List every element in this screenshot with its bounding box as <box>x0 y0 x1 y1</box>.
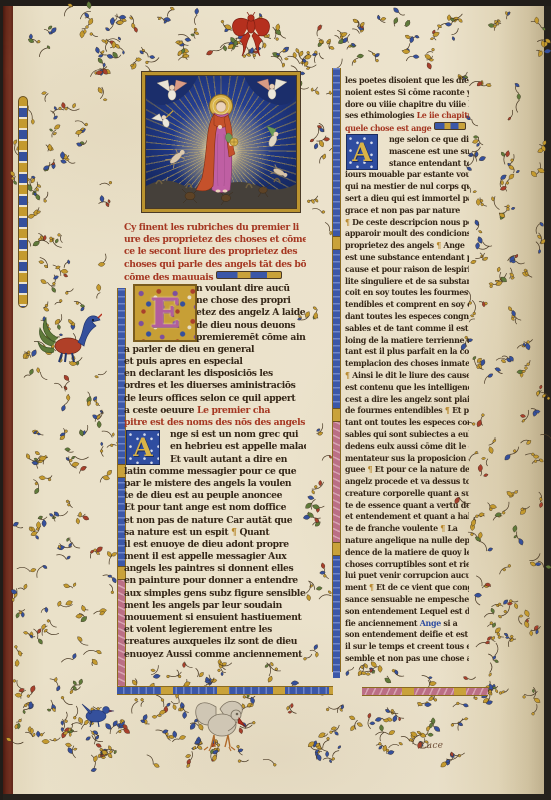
text-line: les poetes disoient que les dieux a <box>345 75 469 87</box>
text-line: ses ethimologies Le iie chapitre par <box>345 110 469 122</box>
text-line: Et pour tant ange est nom doffice <box>124 502 306 514</box>
text-line: te de dieu est au peuple anoncee <box>124 490 306 502</box>
line-filler <box>216 271 282 279</box>
text-line: sance sensuable ne empesche point <box>345 594 469 606</box>
text-line: est contenu que les intelligences <box>345 382 469 394</box>
text-line: tendibles et comprent en soy entē <box>345 299 469 311</box>
text-line: ure des proprietez des choses et cōmen <box>124 234 306 246</box>
central-figure <box>196 95 238 193</box>
text-line: mentateur sus la proposicion alle <box>345 453 469 465</box>
text-line: cause et pour raison de lespiritua <box>345 264 469 276</box>
text-line: dence de la matiere de quoy les <box>345 547 469 559</box>
illuminated-initial-E: E <box>133 284 197 342</box>
text-line: et puis apres en especial <box>124 356 306 368</box>
text-line: il sur le temps et creent tous en <box>345 641 469 653</box>
bar-border-bottom-left <box>117 686 333 695</box>
text-line: en declarant les disposiciōs les <box>124 368 306 380</box>
text-line: ordres et les diuerses aministraciōs <box>124 380 306 392</box>
red-bat-dragon-icon <box>226 12 276 58</box>
illuminated-initial-A-right: A <box>346 134 378 170</box>
text-line: cest a dire les angelz sont plains <box>345 394 469 406</box>
text-line: guee ¶ Et pour ce la nature des <box>345 464 469 476</box>
initial-letter: A <box>352 138 371 167</box>
miniature-fall-of-rebel-angels <box>142 72 300 212</box>
text-line: en painture pour donner a entendre <box>124 575 306 587</box>
text-line: et non pas de nature Car autāt que <box>124 515 306 527</box>
text-line: iours mouable par estante voulente <box>345 169 469 181</box>
text-line: te de essence quant a vertu de vie <box>345 500 469 512</box>
falling-figure-right-icon <box>271 165 290 181</box>
initial-letter: E <box>150 290 181 337</box>
manuscript-page-photo: Cy finent les rubriches du premier liure… <box>0 0 551 800</box>
text-line: templacion des choses inmaterielles <box>345 358 469 370</box>
text-line: angels les paintres si donnent elles <box>124 563 306 575</box>
line-filler <box>434 122 466 130</box>
text-line: cōme des mauuais <box>124 271 306 283</box>
gutter-shadow <box>498 6 544 794</box>
text-line: et entendement et quant a habili <box>345 511 469 523</box>
text-line: a ceste oeuure Le premier cha <box>124 405 306 417</box>
text-line: par le mistere des angels la voulen <box>124 478 306 490</box>
text-line: tant est il plus parfait en la con <box>345 346 469 358</box>
falling-angel-right-icon <box>259 125 281 148</box>
text-line: lui puet venir corrupcion aucune <box>345 570 469 582</box>
text-line: sables qui sont subiectes a eulx <box>345 429 469 441</box>
text-line: ¶ De ceste descripcion nous peuent <box>345 217 469 229</box>
text-line: grace et non pas par nature <box>345 205 469 217</box>
illuminated-initial-A-left: A <box>126 430 160 465</box>
text-line: latin comme messagier pour ce que <box>124 466 306 478</box>
text-line: pitre est des noms des nōs des angels <box>124 417 306 429</box>
text-line: ment ¶ Et de ce vient que congnois <box>345 582 469 594</box>
text-line: ment il est appelle messagier Aux <box>124 551 306 563</box>
pelican-icon <box>186 697 264 757</box>
text-line: de leurs offices selon ce quil appert <box>124 393 306 405</box>
miniature-figures <box>146 76 296 208</box>
text-line: choses qui parle des angels tāt des bōs <box>124 259 306 271</box>
text-line: lite singuliere et de sa substance re <box>345 276 469 288</box>
text-line: noient estes Si cōme raconte ysi <box>345 87 469 99</box>
text-line: choses corruptibles sont et riens ne <box>345 559 469 571</box>
chain-ornament <box>18 96 28 308</box>
folio-inscription: Luce <box>420 741 444 752</box>
text-line: de fourmes entendibles ¶ Et pour <box>345 405 469 417</box>
text-line: sa nature est un espit ¶ Quant <box>124 527 306 539</box>
text-line: dore ou viiie chapitre du viiie liure de <box>345 99 469 111</box>
text-line: Cy finent les rubriches du premier li <box>124 222 306 234</box>
text-line: qui na mestier de nul corps qui <box>345 181 469 193</box>
falling-figure-left-icon <box>165 146 189 170</box>
bar-border-middle <box>332 68 341 672</box>
text-line: mouuement si ensuient hastiuement <box>124 612 306 624</box>
text-line: aux simples gens subz figure sensible <box>124 588 306 600</box>
bar-border-bottom-right <box>362 687 488 696</box>
text-line: a parler de dieu en general <box>124 344 306 356</box>
text-line: dedens eulx aussi cōme dit le com <box>345 441 469 453</box>
text-line: loing de la matiere terrienne de <box>345 335 469 347</box>
text-line: creature corporelle quant a subtili <box>345 488 469 500</box>
text-line: creatures auxqueles ilz sont de dieu <box>124 636 306 648</box>
text-line: coit en soy toutes les fourmes en <box>345 287 469 299</box>
text-line: semble et non pas une chose apres <box>345 653 469 665</box>
dragon-icon <box>36 308 102 374</box>
text-line: est une substance entendant par <box>345 252 469 264</box>
text-line: il est enuoye de dieu adont propre <box>124 539 306 551</box>
text-line: ment les angels par leur soudain <box>124 600 306 612</box>
initial-letter: A <box>133 433 152 462</box>
text-line: son entendement Lequel est dei <box>345 606 469 618</box>
text-line: son entendement deifie et est <box>345 629 469 641</box>
text-line: ce le secont liure des proprietez des <box>124 246 306 258</box>
text-line: ¶ Ainsi le dit le liure des causes ou <box>345 370 469 382</box>
text-line: enuoyez Aussi comme anciennement <box>124 649 306 661</box>
text-line: quele chose est ange <box>345 122 469 134</box>
text-line: dant toutes les especes congnois <box>345 311 469 323</box>
text-line: proprietez des angels ¶ Ange <box>345 240 469 252</box>
text-line: sables et de tant comme il est plus <box>345 323 469 335</box>
text-line: fie anciennement Ange si a <box>345 618 469 630</box>
blue-bird-icon <box>78 700 116 730</box>
text-line: apparoir moult des condicions et <box>345 228 469 240</box>
text-line: angelz procede et va dessus toute <box>345 476 469 488</box>
text-line: nature angelique na nulle depen <box>345 535 469 547</box>
text-line: tant ont toutes les especes congnois <box>345 417 469 429</box>
text-line: te de franche voulente ¶ La <box>345 523 469 535</box>
text-line: sert a dieu qui est immortel par <box>345 193 469 205</box>
text-line: et volent legierement entre les <box>124 624 306 636</box>
angel-left-trumpet-icon <box>151 109 178 131</box>
